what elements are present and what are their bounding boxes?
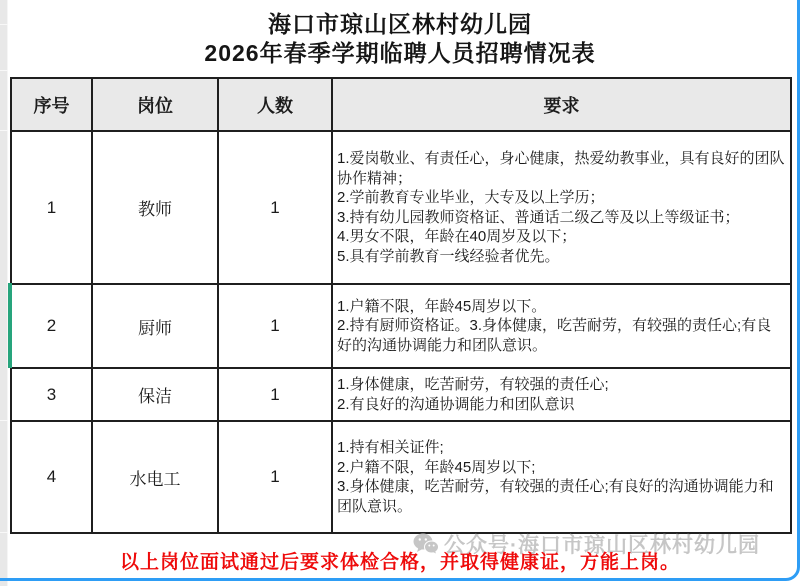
cell-requirements: 1.户籍不限，年龄45周岁以下。2.持有厨师资格证。3.身体健康，吃苦耐劳，有较… — [332, 284, 791, 368]
requirement-line: 1.持有相关证件; — [337, 438, 785, 458]
cell-position: 教师 — [92, 131, 218, 284]
spreadsheet-row-header-strip — [0, 0, 8, 586]
header-requirements: 要求 — [332, 78, 791, 131]
selection-highlight — [8, 283, 12, 368]
recruitment-table-screenshot: 海口市琼山区林村幼儿园 2026年春季学期临聘人员招聘情况表 序号 岗位 人数 … — [0, 0, 807, 586]
requirement-line: 3.身体健康，吃苦耐劳，有较强的责任心;有良好的沟通协调能力和团队意识。 — [337, 477, 785, 516]
cell-no: 3 — [11, 368, 92, 421]
requirement-line: 2.有良好的沟通协调能力和团队意识 — [337, 395, 785, 415]
table-row: 4 水电工 1 1.持有相关证件;2.户籍不限，年龄45周岁以下;3.身体健康，… — [11, 421, 791, 533]
cell-count: 1 — [218, 368, 332, 421]
cell-no: 1 — [11, 131, 92, 284]
cell-position: 水电工 — [92, 421, 218, 533]
cell-no: 2 — [11, 284, 92, 368]
row-strip-divider — [0, 420, 8, 421]
row-strip-divider — [0, 70, 8, 71]
recruitment-table: 序号 岗位 人数 要求 1 教师 1 1.爱岗敬业、有责任心，身心健康，热爱幼教… — [10, 77, 792, 534]
requirement-line: 1.户籍不限，年龄45周岁以下。 — [337, 297, 785, 317]
table-row: 1 教师 1 1.爱岗敬业、有责任心，身心健康，热爱幼教事业，具有良好的团队协作… — [11, 131, 791, 284]
requirement-line: 3.持有幼儿园教师资格证、普通话二级乙等及以上等级证书； — [337, 208, 785, 228]
table-row-selected: 2 厨师 1 1.户籍不限，年龄45周岁以下。2.持有厨师资格证。3.身体健康，… — [11, 284, 791, 368]
cell-count: 1 — [218, 131, 332, 284]
header-position: 岗位 — [92, 78, 218, 131]
document-title-block: 海口市琼山区林村幼儿园 2026年春季学期临聘人员招聘情况表 — [10, 10, 790, 68]
requirement-line: 1.爱岗敬业、有责任心，身心健康，热爱幼教事业，具有良好的团队协作精神； — [337, 149, 785, 188]
row-strip-divider — [0, 24, 8, 25]
cell-requirements: 1.身体健康，吃苦耐劳，有较强的责任心;2.有良好的沟通协调能力和团队意识 — [332, 368, 791, 421]
header-count: 人数 — [218, 78, 332, 131]
row-strip-divider — [0, 130, 8, 131]
table-header-row: 序号 岗位 人数 要求 — [11, 78, 791, 131]
cell-no: 4 — [11, 421, 92, 533]
requirement-line: 4.男女不限，年龄在40周岁及以下； — [337, 227, 785, 247]
cell-position: 厨师 — [92, 284, 218, 368]
cell-count: 1 — [218, 284, 332, 368]
title-line-1: 海口市琼山区林村幼儿园 — [10, 10, 790, 39]
requirement-line: 2.学前教育专业毕业，大专及以上学历； — [337, 188, 785, 208]
requirement-line: 1.身体健康，吃苦耐劳，有较强的责任心; — [337, 375, 785, 395]
cell-requirements: 1.持有相关证件;2.户籍不限，年龄45周岁以下;3.身体健康，吃苦耐劳，有较强… — [332, 421, 791, 533]
requirement-line: 2.户籍不限，年龄45周岁以下; — [337, 458, 785, 478]
cell-position: 保洁 — [92, 368, 218, 421]
table-row: 3 保洁 1 1.身体健康，吃苦耐劳，有较强的责任心;2.有良好的沟通协调能力和… — [11, 368, 791, 421]
header-no: 序号 — [11, 78, 92, 131]
footer-note: 以上岗位面试通过后要求体检合格，并取得健康证，方能上岗。 — [10, 547, 790, 574]
cell-count: 1 — [218, 421, 332, 533]
requirement-line: 5.具有学前教育一线经验者优先。 — [337, 247, 785, 267]
row-strip-divider — [0, 532, 8, 533]
title-line-2: 2026年春季学期临聘人员招聘情况表 — [10, 39, 790, 68]
requirement-line: 2.持有厨师资格证。3.身体健康，吃苦耐劳，有较强的责任心;有良好的沟通协调能力… — [337, 316, 785, 355]
cell-requirements: 1.爱岗敬业、有责任心，身心健康，热爱幼教事业，具有良好的团队协作精神；2.学前… — [332, 131, 791, 284]
